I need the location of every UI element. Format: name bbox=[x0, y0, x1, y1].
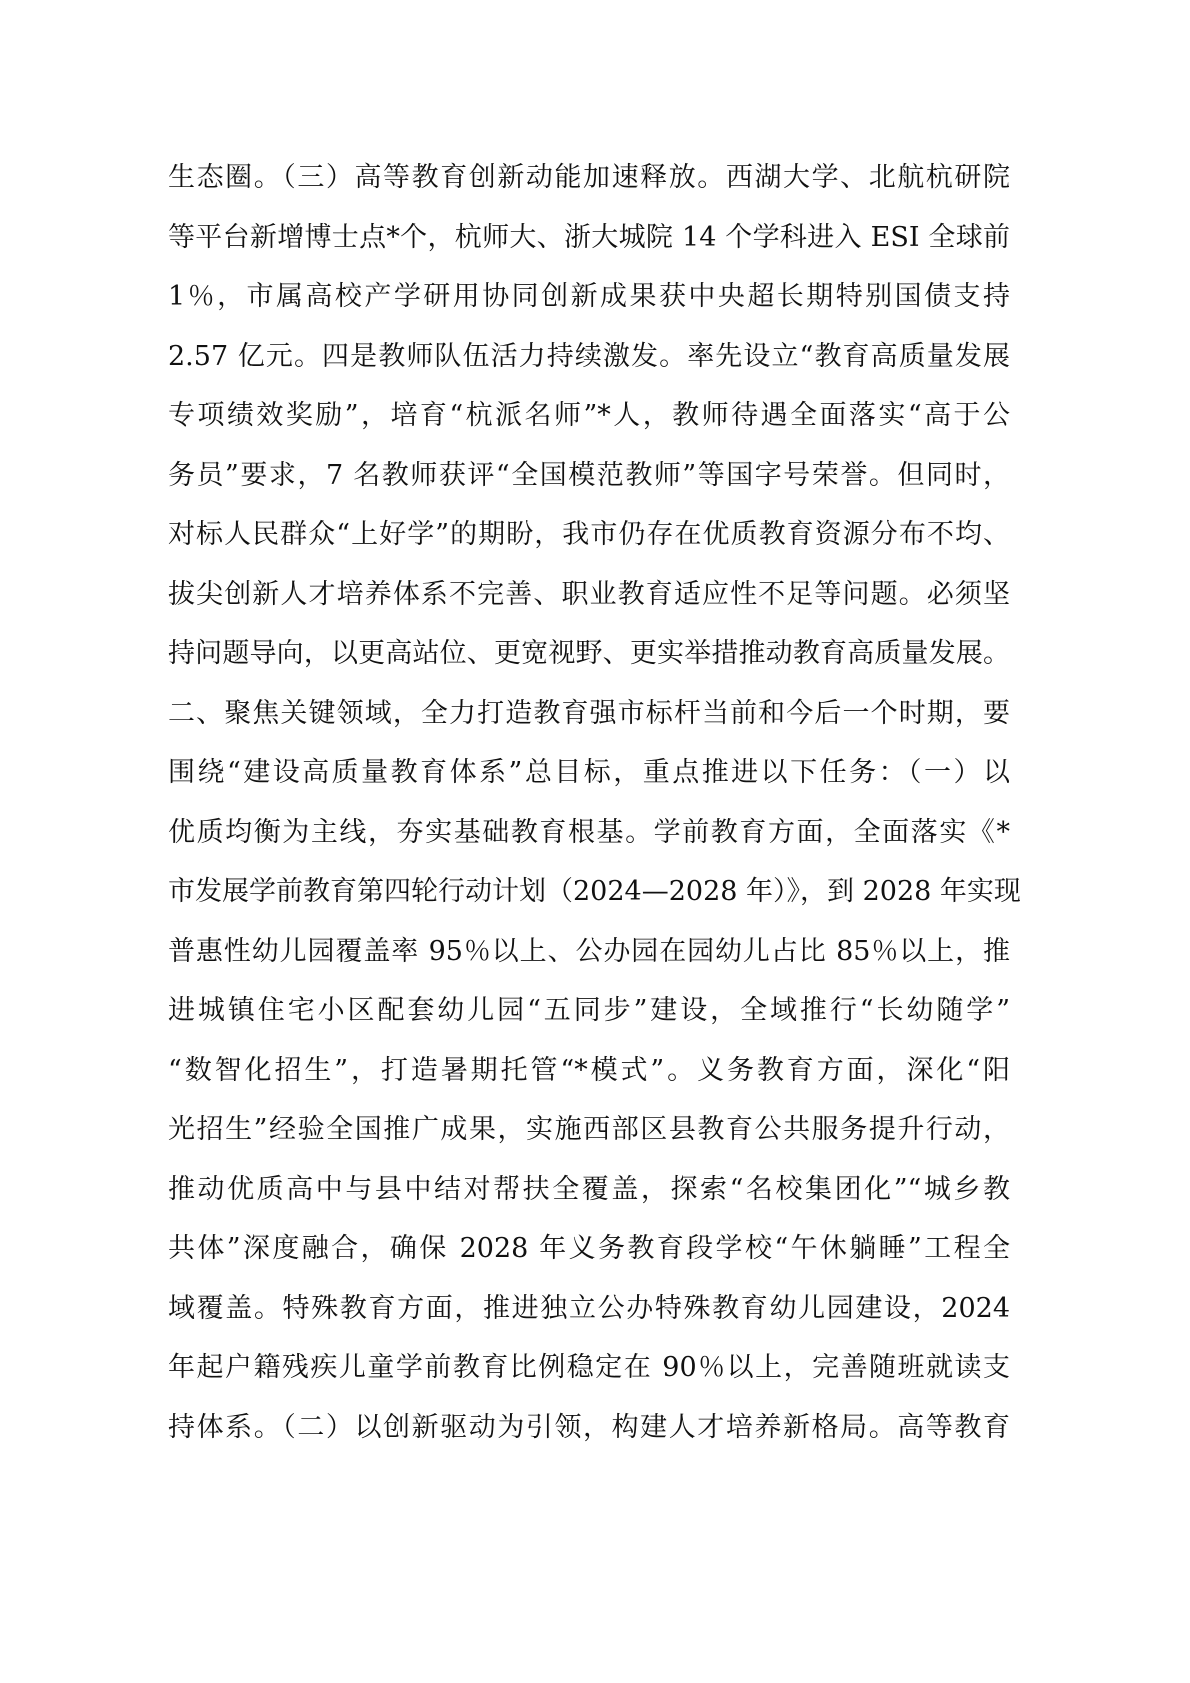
text-line: 务员”要求，7 名教师获评“全国模范教师”等国字号荣誉。但同时， bbox=[168, 446, 1010, 506]
text-line: 域覆盖。特殊教育方面，推进独立公办特殊教育幼儿园建设，2024 bbox=[168, 1279, 1010, 1339]
text-line: 持体系。（二）以创新驱动为引领，构建人才培养新格局。高等教育 bbox=[168, 1398, 1010, 1458]
text-line: 光招生”经验全国推广成果，实施西部区县教育公共服务提升行动， bbox=[168, 1100, 1010, 1160]
text-line: 围绕“建设高质量教育体系”总目标，重点推进以下任务：（一）以 bbox=[168, 743, 1010, 803]
text-line: 生态圈。（三）高等教育创新动能加速释放。西湖大学、北航杭研院 bbox=[168, 148, 1010, 208]
text-line: 1％，市属高校产学研用协同创新成果获中央超长期特别国债支持 bbox=[168, 267, 1010, 327]
text-line: 专项绩效奖励”，培育“杭派名师”*人，教师待遇全面落实“高于公 bbox=[168, 386, 1010, 446]
text-line: 优质均衡为主线，夯实基础教育根基。学前教育方面，全面落实《* bbox=[168, 803, 1010, 863]
text-line: 二、聚焦关键领域，全力打造教育强市标杆当前和今后一个时期，要 bbox=[168, 684, 1010, 744]
text-line: 等平台新增博士点*个，杭师大、浙大城院 14 个学科进入 ESI 全球前 bbox=[168, 208, 1010, 268]
text-line: 对标人民群众“上好学”的期盼，我市仍存在优质教育资源分布不均、 bbox=[168, 505, 1010, 565]
body-paragraph: 生态圈。（三）高等教育创新动能加速释放。西湖大学、北航杭研院 等平台新增博士点*… bbox=[168, 148, 1010, 1457]
text-line: 共体”深度融合，确保 2028 年义务教育段学校“午休躺睡”工程全 bbox=[168, 1219, 1010, 1279]
text-line: 市发展学前教育第四轮行动计划（2024—2028 年）》，到 2028 年实现 bbox=[168, 862, 1010, 922]
text-line: 年起户籍残疾儿童学前教育比例稳定在 90％以上，完善随班就读支 bbox=[168, 1338, 1010, 1398]
text-line: 持问题导向，以更高站位、更宽视野、更实举措推动教育高质量发展。 bbox=[168, 624, 1010, 684]
text-line: 推动优质高中与县中结对帮扶全覆盖，探索“名校集团化”“城乡教 bbox=[168, 1160, 1010, 1220]
text-line: 进城镇住宅小区配套幼儿园“五同步”建设，全域推行“长幼随学” bbox=[168, 981, 1010, 1041]
text-line: “数智化招生”，打造暑期托管“*模式”。义务教育方面，深化“阳 bbox=[168, 1041, 1010, 1101]
text-line: 普惠性幼儿园覆盖率 95％以上、公办园在园幼儿占比 85％以上，推 bbox=[168, 922, 1010, 982]
document-page: 生态圈。（三）高等教育创新动能加速释放。西湖大学、北航杭研院 等平台新增博士点*… bbox=[0, 0, 1190, 1683]
text-line: 2.57 亿元。四是教师队伍活力持续激发。率先设立“教育高质量发展 bbox=[168, 327, 1010, 387]
text-line: 拔尖创新人才培养体系不完善、职业教育适应性不足等问题。必须坚 bbox=[168, 565, 1010, 625]
